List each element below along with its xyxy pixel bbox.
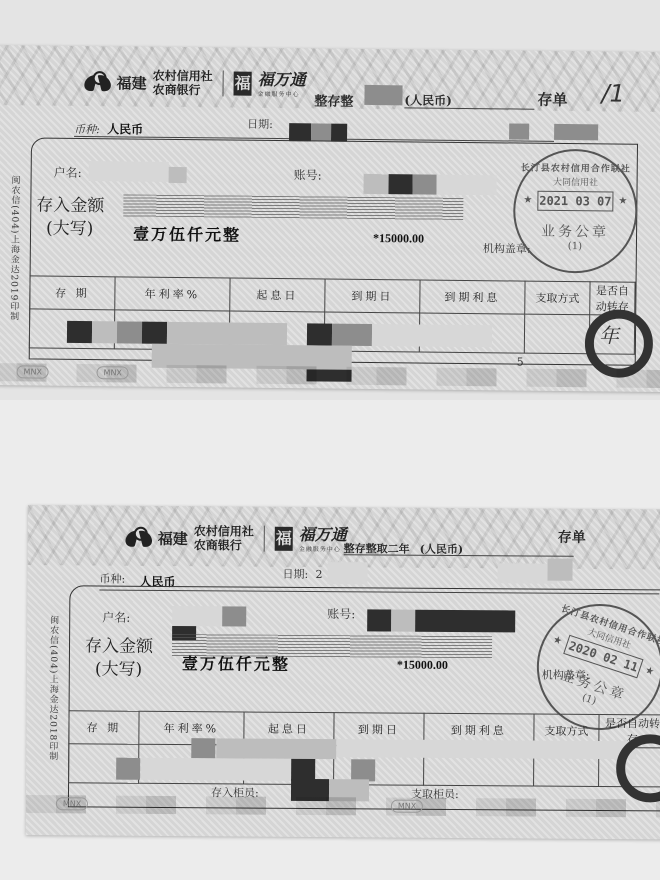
currency-label: 币种: bbox=[74, 121, 100, 137]
doc-type: 存单 bbox=[558, 527, 586, 547]
redacted-row bbox=[142, 322, 167, 344]
star-icon: ★ bbox=[644, 665, 656, 678]
redacted-row bbox=[67, 321, 92, 343]
amount-capital: 壹万伍仟元整 bbox=[133, 222, 241, 246]
col-interest: 到期利息 bbox=[420, 280, 525, 314]
fu-logo-icon: 福 bbox=[234, 72, 252, 96]
col-withdraw-method: 支取方式 bbox=[525, 281, 590, 315]
service-brand: 福万通 金融服务中心 bbox=[299, 525, 347, 552]
official-stamp: 长汀县农村信用合作联社 大同信用社 ★ 2021 03 07 ★ 业务公章 (1… bbox=[513, 148, 638, 273]
amount-label: 存入金额 bbox=[85, 631, 153, 656]
redacted-holder bbox=[89, 161, 169, 182]
amount-figure: *15000.00 bbox=[397, 658, 448, 673]
amount-label-sub: (大写) bbox=[46, 214, 94, 239]
redacted-account bbox=[367, 609, 391, 631]
holder-label: 户名: bbox=[102, 609, 130, 626]
bank-brand: 福建 bbox=[158, 527, 188, 548]
watermark: MNX bbox=[56, 797, 88, 810]
deposit-certificate-1: 福建 农村信用社 农商银行 福 福万通 金融服务中心 整存整 (人民币) 存单 … bbox=[0, 45, 660, 392]
redacted-row bbox=[332, 324, 372, 346]
logo-divider bbox=[223, 70, 224, 96]
security-band bbox=[26, 795, 660, 818]
print-note: 闽农信(404)上海金达2018印制 bbox=[46, 615, 60, 761]
watermark: MNX bbox=[97, 366, 130, 379]
redacted-row bbox=[92, 321, 117, 343]
date-partial: 2 bbox=[315, 568, 322, 581]
stamp-function: 业务公章 bbox=[515, 221, 635, 242]
redacted-holder bbox=[222, 606, 246, 626]
redacted-block bbox=[547, 559, 572, 581]
redacted-account bbox=[388, 174, 412, 194]
bank-name: 农村信用社 农商银行 bbox=[194, 524, 254, 552]
col-rate: 年利率% bbox=[115, 277, 230, 311]
date-label: 日期: bbox=[282, 566, 308, 582]
redacted-account bbox=[412, 174, 436, 194]
fu-logo-icon: 福 bbox=[275, 527, 293, 551]
product-currency: (人民币) bbox=[404, 91, 452, 108]
amount-capital: 壹万伍仟元整 bbox=[182, 651, 290, 675]
redacted-account bbox=[391, 610, 415, 632]
watermark: MNX bbox=[17, 365, 50, 378]
print-note: 闽农信(404)上海金达2019印制 bbox=[7, 175, 22, 321]
redacted-holder bbox=[172, 606, 222, 626]
bank-logo: 福建 农村信用社 农商银行 福 福万通 金融服务中心 bbox=[126, 524, 347, 554]
redacted-date bbox=[289, 123, 311, 141]
redacted-block bbox=[554, 124, 598, 140]
redacted-row bbox=[351, 759, 375, 781]
col-maturity-date: 到期日 bbox=[325, 279, 420, 313]
redacted-row bbox=[141, 758, 291, 781]
bank-emblem-icon bbox=[126, 527, 152, 549]
redacted-row bbox=[291, 759, 315, 781]
doc-type: 存单 bbox=[537, 89, 567, 110]
amount-label-sub: (大写) bbox=[95, 654, 142, 679]
redacted-date bbox=[331, 124, 347, 142]
deposit-certificate-2: 福建 农村信用社 农商银行 福 福万通 金融服务中心 整存整取二年 (人民币) … bbox=[26, 505, 660, 840]
stamp-branch: 大同信用社 bbox=[516, 175, 636, 189]
bank-emblem-icon bbox=[85, 71, 111, 93]
holder-label: 户名: bbox=[54, 164, 82, 181]
bank-brand: 福建 bbox=[117, 72, 147, 93]
redacted-row bbox=[191, 738, 215, 758]
redacted-account bbox=[363, 174, 388, 194]
stamp-arc-text: 长汀县农村信用合作联社 bbox=[516, 161, 636, 175]
account-label: 账号: bbox=[327, 605, 355, 622]
bank-logo: 福建 农村信用社 农商银行 福 福万通 金融服务中心 bbox=[84, 68, 305, 98]
handwritten-mark: /1 bbox=[601, 79, 625, 107]
service-brand: 福万通 金融服务中心 bbox=[257, 70, 305, 98]
redacted-row bbox=[216, 738, 336, 759]
redacted-date bbox=[311, 123, 331, 141]
handwritten-mark: 年 bbox=[599, 319, 619, 348]
col-term: 存 期 bbox=[69, 711, 139, 744]
currency-label: 币种: bbox=[99, 571, 125, 587]
stamp-date: 2021 03 07 bbox=[537, 191, 613, 212]
amount-label: 存入金额 bbox=[36, 190, 104, 216]
redacted-block bbox=[509, 123, 529, 139]
redacted-block bbox=[364, 85, 402, 105]
redacted-row bbox=[372, 324, 492, 347]
redacted-row bbox=[336, 739, 636, 759]
currency-value: 人民币 bbox=[107, 120, 143, 137]
redacted-row bbox=[117, 321, 142, 343]
date-label: 日期: bbox=[247, 116, 273, 132]
watermark: MNX bbox=[391, 800, 423, 813]
redacted-date bbox=[327, 562, 367, 584]
redacted-account bbox=[436, 175, 496, 196]
redacted-account bbox=[415, 610, 515, 633]
amount-figure: *15000.00 bbox=[373, 231, 424, 247]
star-icon: ★ bbox=[618, 196, 627, 207]
redacted-row bbox=[307, 323, 332, 345]
product-title: 整存整 bbox=[314, 90, 353, 109]
bank-name: 农村信用社 农商银行 bbox=[152, 69, 212, 98]
logo-divider bbox=[264, 526, 265, 552]
stamp-number: (1) bbox=[515, 241, 635, 253]
col-term: 存 期 bbox=[30, 276, 115, 310]
cell bbox=[524, 314, 589, 354]
col-start-date: 起息日 bbox=[230, 278, 325, 312]
star-icon: ★ bbox=[551, 634, 563, 647]
amount-hatching bbox=[123, 194, 463, 220]
redacted-row bbox=[116, 758, 140, 780]
star-icon: ★ bbox=[523, 195, 532, 206]
redacted-row bbox=[167, 322, 287, 345]
footer-number: 5 bbox=[517, 356, 524, 369]
account-label: 账号: bbox=[294, 166, 322, 183]
redacted-holder bbox=[169, 167, 187, 183]
